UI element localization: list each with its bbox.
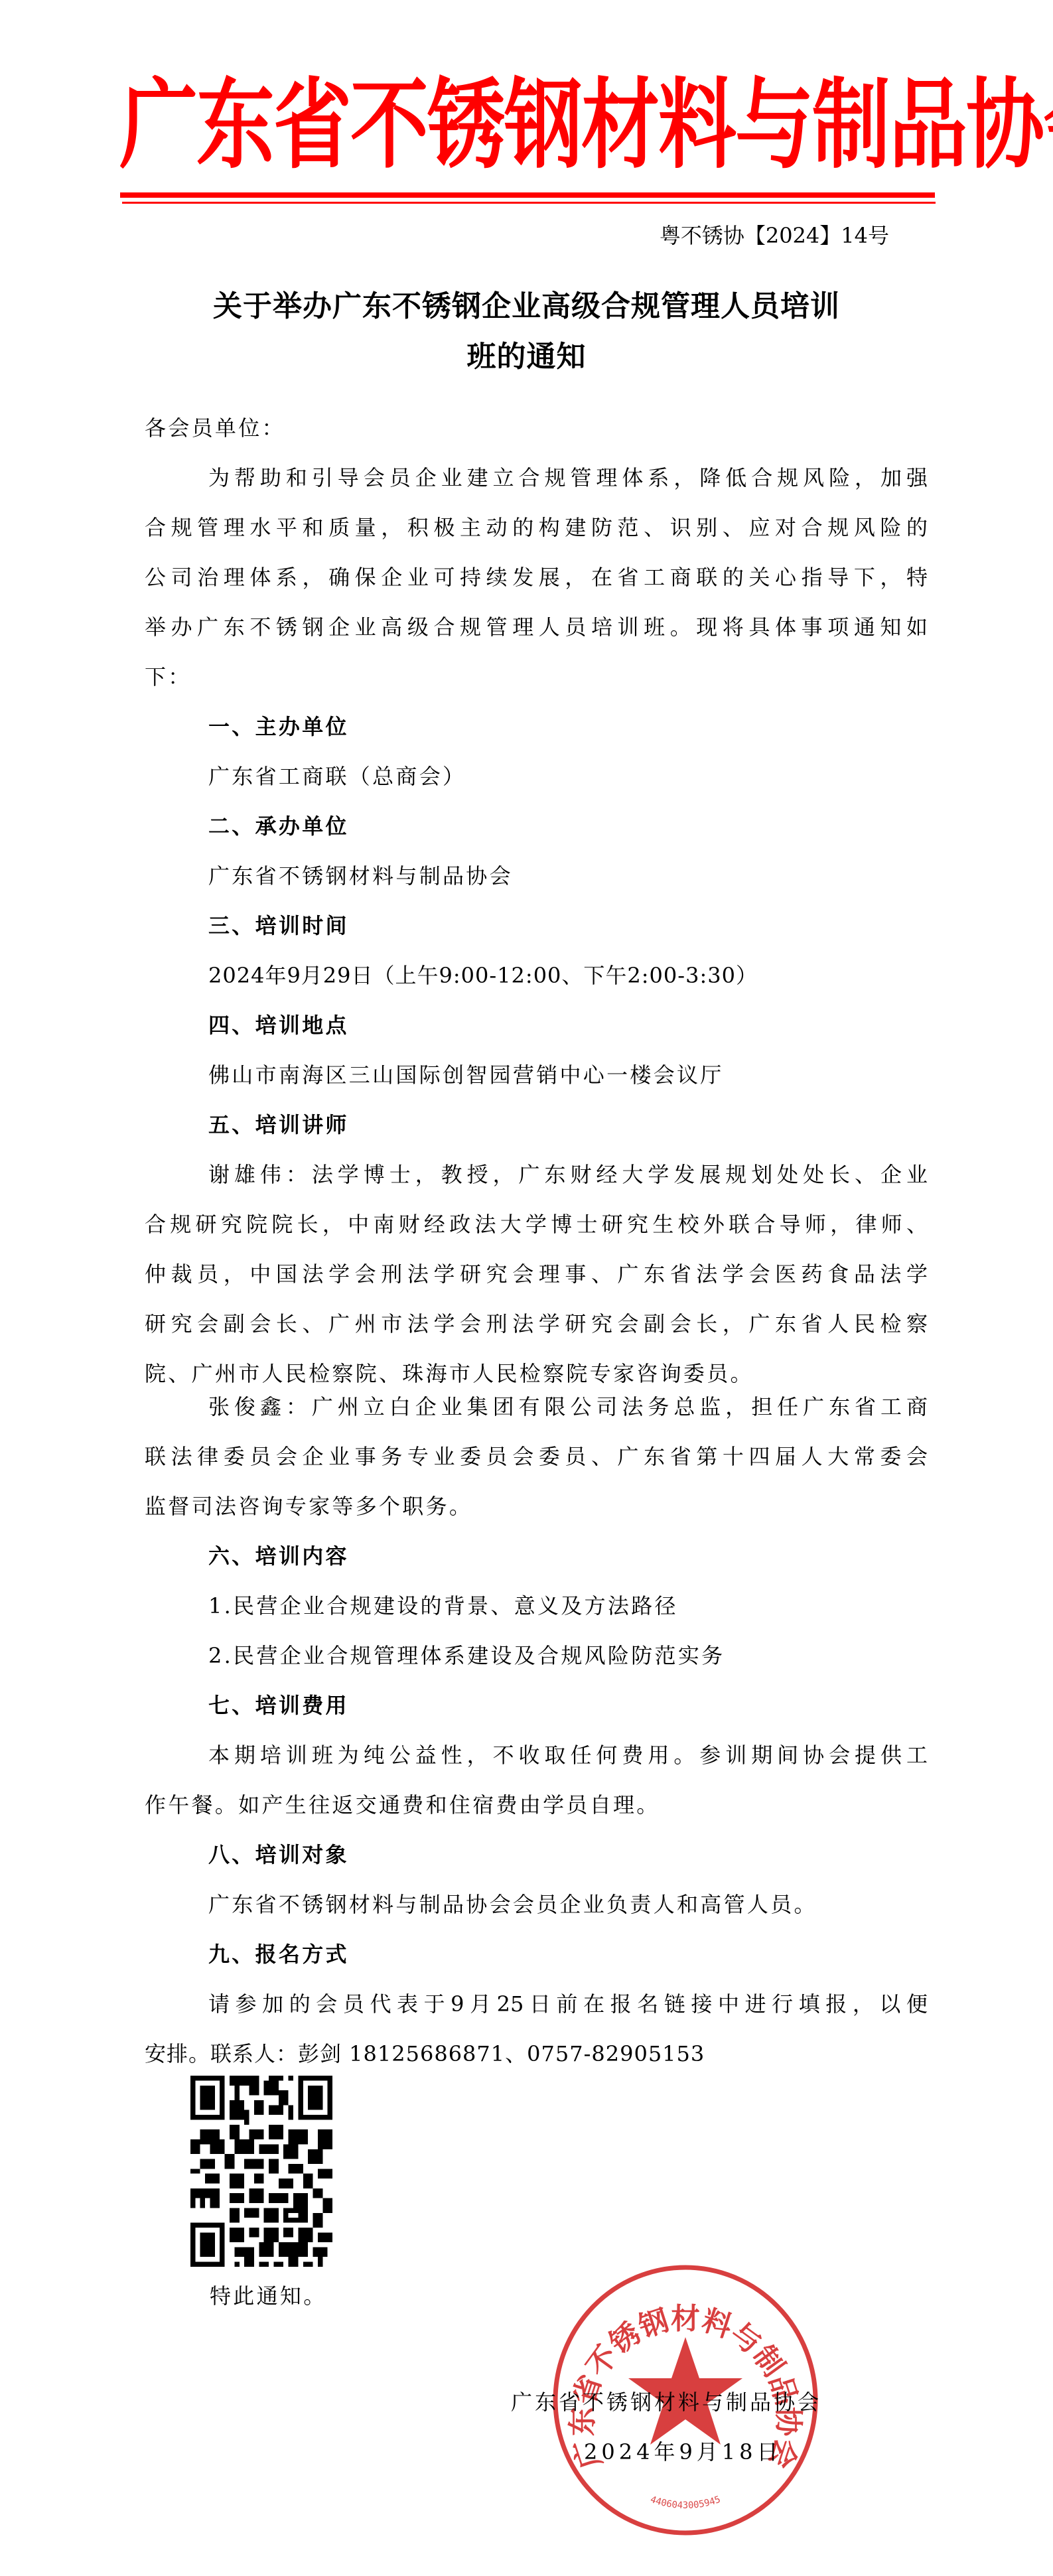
lecturer-bio-line: 谢雄伟：法学博士，教授，广东财经大学发展规划处处长、企业: [208, 1159, 928, 1190]
section-heading-venue: 四、培训地点: [208, 1010, 349, 1040]
signature-date: 2024年9月18日: [584, 2437, 782, 2467]
qr-code-icon[interactable]: [190, 2076, 333, 2267]
lecturer-bio-line: 仲裁员，中国法学会刑法学研究会理事、广东省法学会医药食品法学: [145, 1259, 928, 1289]
lecturer-bio-line: 联法律委员会企业事务专业委员会委员、广东省第十四届人大常委会: [145, 1441, 928, 1472]
intro-line: 下：: [145, 662, 192, 692]
section-text: 广东省工商联（总商会）: [208, 761, 466, 792]
svg-text:4406043005945: 4406043005945: [649, 2494, 722, 2511]
salutation: 各会员单位：: [145, 413, 285, 443]
section-text: 请参加的会员代表于9月25日前在报名链接中进行填报，以便: [208, 1989, 928, 2019]
section-text: 本期培训班为纯公益性，不收取任何费用。参训期间协会提供工: [208, 1740, 928, 1770]
contact-line: 安排。联系人：彭剑 18125686871、0757-82905153: [145, 2039, 705, 2069]
letterhead-thin-rule: [122, 202, 936, 204]
section-heading-registration: 九、报名方式: [208, 1939, 349, 1969]
lecturer-bio-line: 合规研究院院长，中南财经政法大学博士研究生校外联合导师，律师、: [145, 1209, 928, 1240]
section-text: 作午餐。如产生往返交通费和住宿费由学员自理。: [145, 1790, 660, 1820]
section-heading-content: 六、培训内容: [208, 1541, 349, 1571]
intro-line: 合规管理水平和质量，积极主动的构建防范、识别、应对合规风险的: [145, 512, 928, 543]
intro-line: 公司治理体系，确保企业可持续发展，在省工商联的关心指导下，特: [145, 562, 928, 593]
section-heading-fees: 七、培训费用: [208, 1690, 349, 1721]
document-title-line-2: 班的通知: [133, 337, 920, 377]
lecturer-bio-line: 张俊鑫：广州立白企业集团有限公司法务总监，担任广东省工商: [208, 1392, 928, 1422]
section-text: 2024年9月29日（上午9:00-12:00、下午2:00-3:30）: [208, 960, 758, 991]
lecturer-bio-line: 监督司法咨询专家等多个职务。: [145, 1491, 472, 1522]
intro-line: 举办广东不锈钢企业高级合规管理人员培训班。现将具体事项通知如: [145, 612, 928, 642]
intro-line: 为帮助和引导会员企业建立合规管理体系，降低合规风险，加强: [208, 463, 928, 493]
lecturer-bio-line: 研究会副会长、广州市法学会刑法学研究会副会长，广东省人民检察: [145, 1309, 928, 1339]
section-text: 广东省不锈钢材料与制品协会: [208, 861, 513, 891]
section-heading-lecturers: 五、培训讲师: [208, 1109, 349, 1140]
section-heading-audience: 八、培训对象: [208, 1839, 349, 1870]
section-text: 广东省不锈钢材料与制品协会会员企业负责人和高管人员。: [208, 1889, 817, 1920]
section-heading-time: 三、培训时间: [208, 910, 349, 941]
letterhead-thick-rule: [120, 192, 935, 198]
lecturer-bio-line: 院、广州市人民检察院、珠海市人民检察院专家咨询委员。: [145, 1358, 754, 1389]
content-item: 1.民营企业合规建设的背景、意义及方法路径: [208, 1591, 678, 1621]
letterhead-org-name: 广东省不锈钢材料与制品协会: [119, 58, 937, 191]
document-title-line-1: 关于举办广东不锈钢企业高级合规管理人员培训: [133, 287, 920, 326]
seal-serial: 4406043005945: [649, 2494, 722, 2511]
section-text: 佛山市南海区三山国际创智园营销中心一楼会议厅: [208, 1060, 724, 1090]
signature-org: 广东省不锈钢材料与制品协会: [511, 2387, 821, 2417]
section-heading-organizer: 一、主办单位: [208, 711, 349, 742]
document-number: 粤不锈协【2024】14号: [660, 220, 889, 251]
content-item: 2.民营企业合规管理体系建设及合规风险防范实务: [208, 1640, 725, 1671]
closing-text: 特此通知。: [210, 2281, 327, 2311]
section-heading-host: 二、承办单位: [208, 811, 349, 841]
